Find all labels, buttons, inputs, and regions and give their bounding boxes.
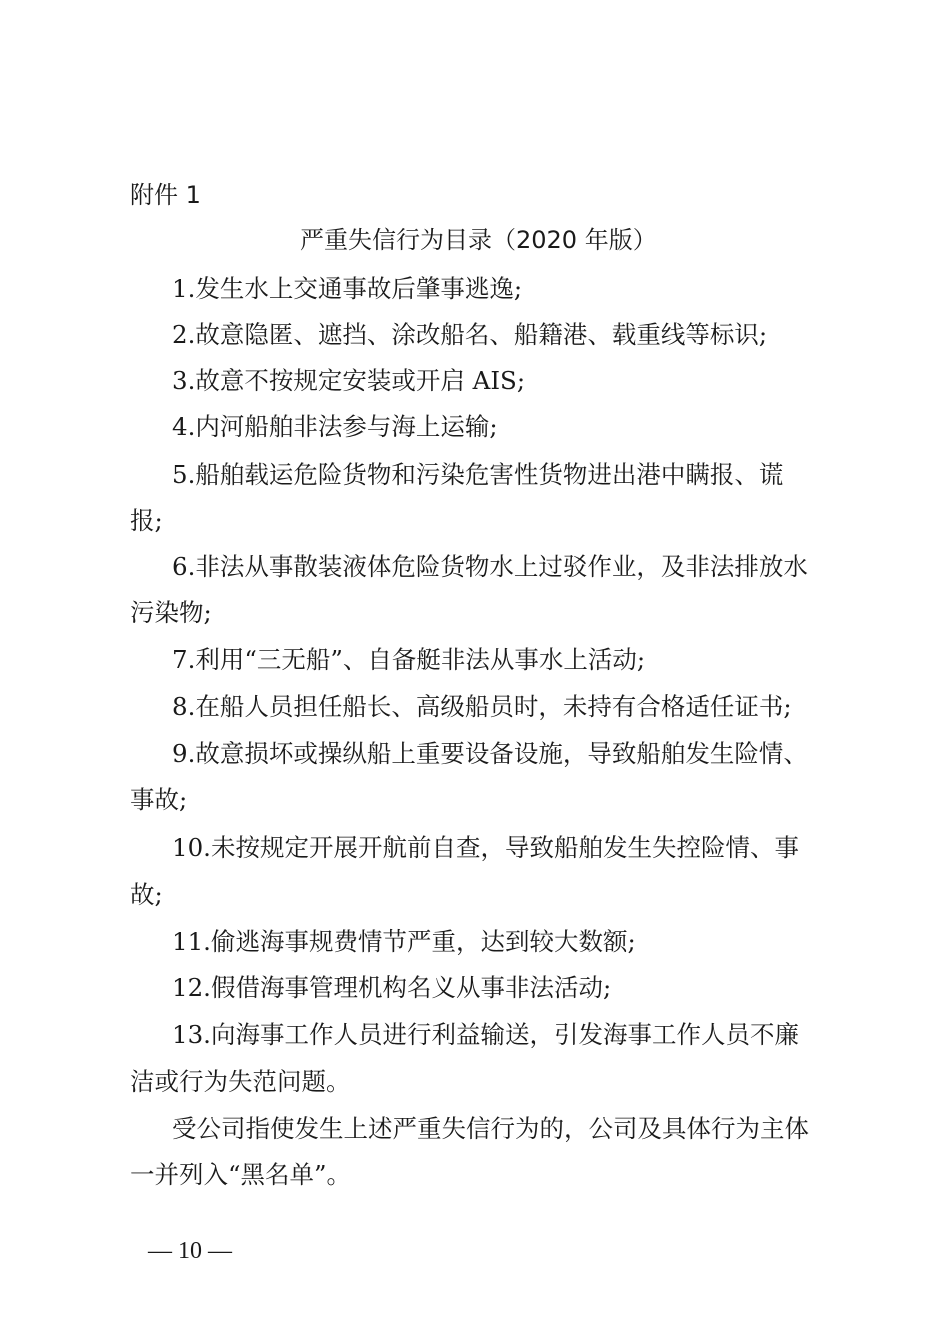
item-5-cont: 报; xyxy=(130,506,163,536)
item-9: 9.故意损坏或操纵船上重要设备设施，导致船舶发生险情、 xyxy=(172,739,808,769)
item-2: 2.故意隐匿、遮挡、涂改船名、船籍港、载重线等标识; xyxy=(172,320,767,350)
item-10: 10.未按规定开展开航前自查，导致船舶发生失控险情、事 xyxy=(172,833,799,863)
item-13-cont: 洁或行为失范问题。 xyxy=(130,1067,351,1097)
item-11: 11.偷逃海事规费情节严重，达到较大数额; xyxy=(172,927,636,957)
item-10-cont: 故; xyxy=(130,880,163,910)
item-13: 13.向海事工作人员进行利益输送，引发海事工作人员不廉 xyxy=(172,1020,799,1050)
item-5: 5.船舶载运危险货物和污染危害性货物进出港中瞒报、谎 xyxy=(172,460,783,490)
item-6: 6.非法从事散装液体危险货物水上过驳作业，及非法排放水 xyxy=(172,552,808,582)
closing-paragraph: 受公司指使发生上述严重失信行为的，公司及具体行为主体 xyxy=(172,1114,809,1144)
document-page: 附件 1 严重失信行为目录（2020 年版） 1.发生水上交通事故后肇事逃逸; … xyxy=(0,0,950,1343)
item-8: 8.在船人员担任船长、高级船员时，未持有合格适任证书; xyxy=(172,692,792,722)
page-number: — 10 — xyxy=(148,1236,232,1266)
item-7: 7.利用“三无船”、自备艇非法从事水上活动; xyxy=(172,645,645,675)
attachment-label: 附件 1 xyxy=(130,180,201,210)
item-1: 1.发生水上交通事故后肇事逃逸; xyxy=(172,274,522,304)
item-9-cont: 事故; xyxy=(130,785,187,815)
item-3: 3.故意不按规定安装或开启 AIS; xyxy=(172,366,525,396)
document-title: 严重失信行为目录（2020 年版） xyxy=(300,225,657,255)
item-6-cont: 污染物; xyxy=(130,598,212,628)
item-4: 4.内河船舶非法参与海上运输; xyxy=(172,412,498,442)
closing-paragraph-cont: 一并列入“黑名单”。 xyxy=(130,1160,351,1190)
item-12: 12.假借海事管理机构名义从事非法活动; xyxy=(172,973,611,1003)
